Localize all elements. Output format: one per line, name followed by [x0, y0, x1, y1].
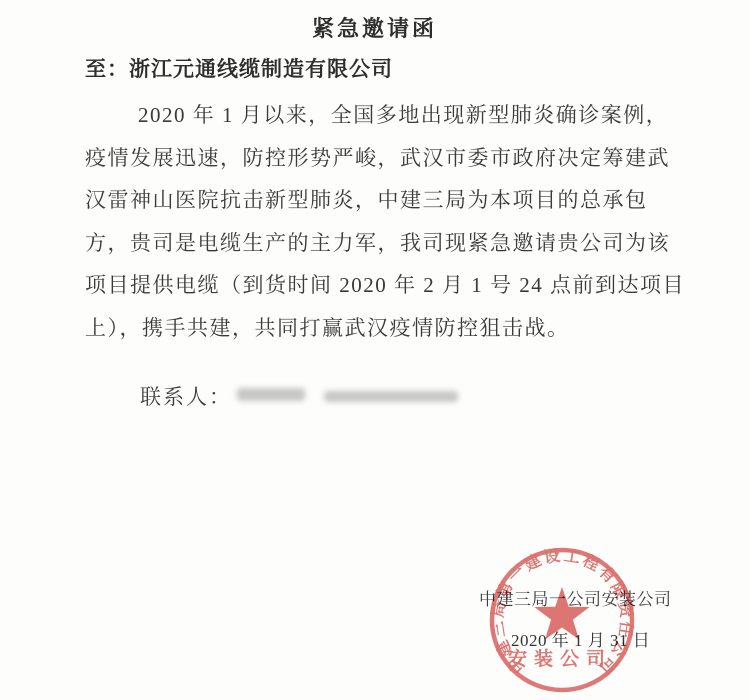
recipient-line: 至：浙江元通线缆制造有限公司 [85, 53, 393, 83]
body-line: 2020 年 1 月以来，全国多地出现新型肺炎确诊案例， [85, 94, 685, 137]
scanned-letter-page: 紧急邀请函 至：浙江元通线缆制造有限公司 2020 年 1 月以来，全国多地出现… [0, 0, 749, 700]
seal-star-icon [534, 587, 589, 640]
body-line: 方，贵司是电缆生产的主力军，我司现紧急邀请贵公司为该 [85, 222, 685, 265]
document-title: 紧急邀请函 [0, 12, 749, 43]
body-line: 汉雷神山医院抗击新型肺炎，中建三局为本项目的总承包 [85, 179, 685, 222]
redacted-contact-name-blur [237, 388, 305, 401]
redacted-contact-phone-blur [324, 391, 458, 402]
letter-body: 2020 年 1 月以来，全国多地出现新型肺炎确诊案例， 疫情发展迅速，防控形势… [85, 94, 685, 349]
body-line: 上），携手共建，共同打赢武汉疫情防控狙击战。 [85, 307, 685, 350]
body-line: 项目提供电缆（到货时间 2020 年 2 月 1 号 24 点前到达项目 [85, 264, 685, 307]
company-seal-stamp: 中建三局第一建设工程有限责任公司 安装公司 [482, 540, 642, 700]
body-line: 疫情发展迅速，防控形势严峻，武汉市委市政府决定筹建武 [85, 137, 685, 180]
contact-label: 联系人： [140, 381, 232, 411]
seal-inner-text: 安装公司 [508, 647, 612, 670]
